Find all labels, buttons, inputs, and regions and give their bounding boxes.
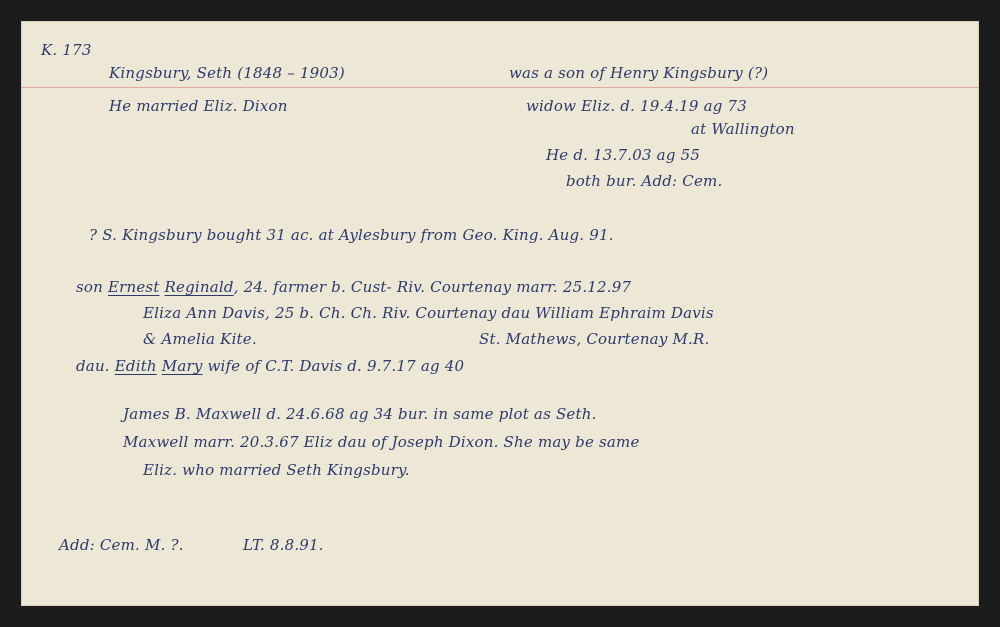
widow-place: at Wallington bbox=[691, 120, 795, 138]
daughter-prefix: dau. bbox=[76, 357, 110, 375]
heading-name: Kingsbury, Seth bbox=[109, 64, 232, 82]
widow-line: widow Eliz. d. 19.4.19 ag 73 bbox=[526, 97, 747, 115]
son-line: son Ernest Reginald, 24. farmer b. Cust-… bbox=[76, 278, 631, 296]
son-details: , 24. farmer b. Cust- Riv. Courtenay mar… bbox=[234, 278, 632, 296]
footer-date: LT. 8.8.91. bbox=[243, 536, 324, 554]
daughter-line: dau. Edith Mary wife of C.T. Davis d. 9.… bbox=[76, 357, 464, 375]
son-first-name: Ernest bbox=[108, 278, 160, 296]
married-line: He married Eliz. Dixon bbox=[109, 97, 288, 115]
heading-name-dates: Kingsbury, Seth (1848 – 1903) bbox=[109, 64, 345, 82]
heading-dates: (1848 – 1903) bbox=[237, 64, 345, 82]
son-spouse-line: Eliza Ann Davis, 25 b. Ch. Ch. Riv. Cour… bbox=[143, 304, 714, 322]
daughter-middle-name: Mary bbox=[162, 357, 203, 375]
parent-note: was a son of Henry Kingsbury (?) bbox=[509, 64, 768, 82]
card-reference: K. 173 bbox=[41, 41, 92, 59]
purchase-line: ? S. Kingsbury bought 31 ac. at Aylesbur… bbox=[89, 226, 614, 244]
son-prefix: son bbox=[76, 278, 103, 296]
son-marriage-place: St. Mathews, Courtenay M.R. bbox=[479, 330, 709, 348]
daughter-first-name: Edith bbox=[115, 357, 157, 375]
burial-line: both bur. Add: Cem. bbox=[566, 172, 722, 190]
daughter-details: wife of C.T. Davis d. 9.7.17 ag 40 bbox=[207, 357, 464, 375]
maxwell-note-line-3: Eliz. who married Seth Kingsbury. bbox=[143, 461, 410, 479]
son-middle-name: Reginald bbox=[165, 278, 234, 296]
footer-address: Add: Cem. M. ?. bbox=[59, 536, 184, 554]
death-line: He d. 13.7.03 ag 55 bbox=[546, 146, 700, 164]
red-rule-line bbox=[21, 87, 979, 88]
son-spouse-mother: & Amelia Kite. bbox=[143, 330, 257, 348]
index-card: K. 173 Kingsbury, Seth (1848 – 1903) was… bbox=[21, 21, 979, 606]
maxwell-note-line-2: Maxwell marr. 20.3.67 Eliz dau of Joseph… bbox=[123, 433, 640, 451]
maxwell-note-line-1: James B. Maxwell d. 24.6.68 ag 34 bur. i… bbox=[123, 405, 597, 423]
